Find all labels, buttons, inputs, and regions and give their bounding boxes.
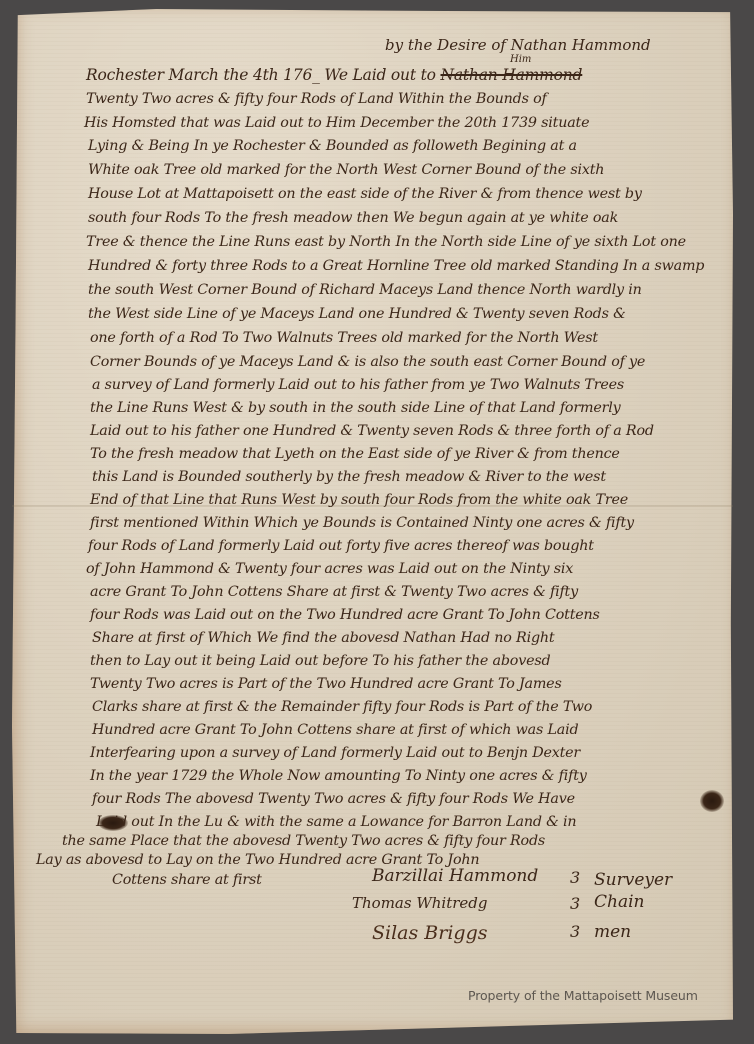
text-line: four Rods was Laid out on the Two Hundre… (90, 607, 600, 623)
text-line: first mentioned Within Which ye Bounds i… (90, 515, 634, 531)
text-line: Cottens share at first (112, 872, 262, 888)
signature-row: Silas Briggs 3 men (372, 918, 732, 948)
text-line: then to Lay out it being Laid out before… (90, 653, 550, 669)
text-line: the Line Runs West & by south in the sou… (90, 400, 620, 416)
ink-blot (700, 790, 724, 812)
text-line: Share at first of Which We find the abov… (92, 630, 554, 646)
text-line: To the fresh meadow that Lyeth on the Ea… (90, 446, 620, 462)
ink-blot (98, 815, 128, 831)
text-line: Corner Bounds of ye Maceys Land & is als… (90, 354, 645, 370)
signature-role: men (594, 922, 631, 942)
signature-role: Chain (594, 892, 644, 912)
insertion-him: Him (510, 54, 531, 65)
text-line: Hundred & forty three Rods to a Great Ho… (88, 258, 704, 274)
text-line: the south West Corner Bound of Richard M… (88, 282, 642, 298)
text-line: Twenty Two acres is Part of the Two Hund… (90, 676, 562, 692)
text-line: acre Grant To John Cottens Share at firs… (90, 584, 578, 600)
signature-brace: 3 (570, 894, 580, 913)
text-line: Laid out In the Lu & with the same a Low… (96, 814, 576, 830)
text-line: Hundred acre Grant To John Cottens share… (92, 722, 578, 738)
signature-brace: 3 (570, 922, 580, 941)
text-line: the same Place that the abovesd Twenty T… (62, 833, 545, 849)
signature-name: Barzillai Hammond (372, 866, 538, 886)
text-line: Interfearing upon a survey of Land forme… (90, 745, 580, 761)
text-line: House Lot at Mattapoisett on the east si… (88, 186, 642, 202)
text-line: His Homsted that was Laid out to Him Dec… (84, 115, 589, 131)
signature-brace: 3 (570, 868, 580, 887)
signature-role: Surveyer (594, 870, 672, 890)
text-line: Clarks share at first & the Remainder fi… (92, 699, 592, 715)
text-line: Twenty Two acres & fifty four Rods of La… (86, 91, 547, 107)
text-line: In the year 1729 the Whole Now amounting… (90, 768, 587, 784)
text-line: south four Rods To the fresh meadow then… (88, 210, 618, 226)
text-line: of John Hammond & Twenty four acres was … (86, 561, 573, 577)
text-line: Lying & Being In ye Rochester & Bounded … (88, 138, 577, 154)
struck-out-text: Nathan Hammond (441, 66, 583, 84)
signature-name: Silas Briggs (372, 922, 487, 944)
signature-row: Thomas Whitredg 3 Chain (352, 890, 732, 918)
text-line: four Rods of Land formerly Laid out fort… (88, 538, 594, 554)
museum-watermark: Property of the Mattapoisett Museum (468, 988, 698, 1003)
text-line: four Rods The abovesd Twenty Two acres &… (92, 791, 575, 807)
header-insertion-text: by the Desire of Nathan Hammond (385, 36, 651, 54)
text-line: End of that Line that Runs West by south… (90, 492, 628, 508)
text-line: one forth of a Rod To Two Walnuts Trees … (90, 330, 598, 346)
text-line: Rochester March the 4th 176_ We Laid out… (86, 66, 582, 84)
line-text: Rochester March the 4th 176_ We Laid out… (86, 66, 436, 84)
text-line: the West side Line of ye Maceys Land one… (88, 306, 626, 322)
signature-name: Thomas Whitredg (352, 894, 487, 912)
text-line: this Land is Bounded southerly by the fr… (92, 469, 606, 485)
text-line: Laid out to his father one Hundred & Twe… (90, 423, 654, 439)
text-line: Tree & thence the Line Runs east by Nort… (86, 234, 686, 250)
signature-row: Barzillai Hammond 3 Surveyer (372, 862, 732, 890)
text-line: a survey of Land formerly Laid out to hi… (92, 377, 624, 393)
text-line: White oak Tree old marked for the North … (88, 162, 604, 178)
